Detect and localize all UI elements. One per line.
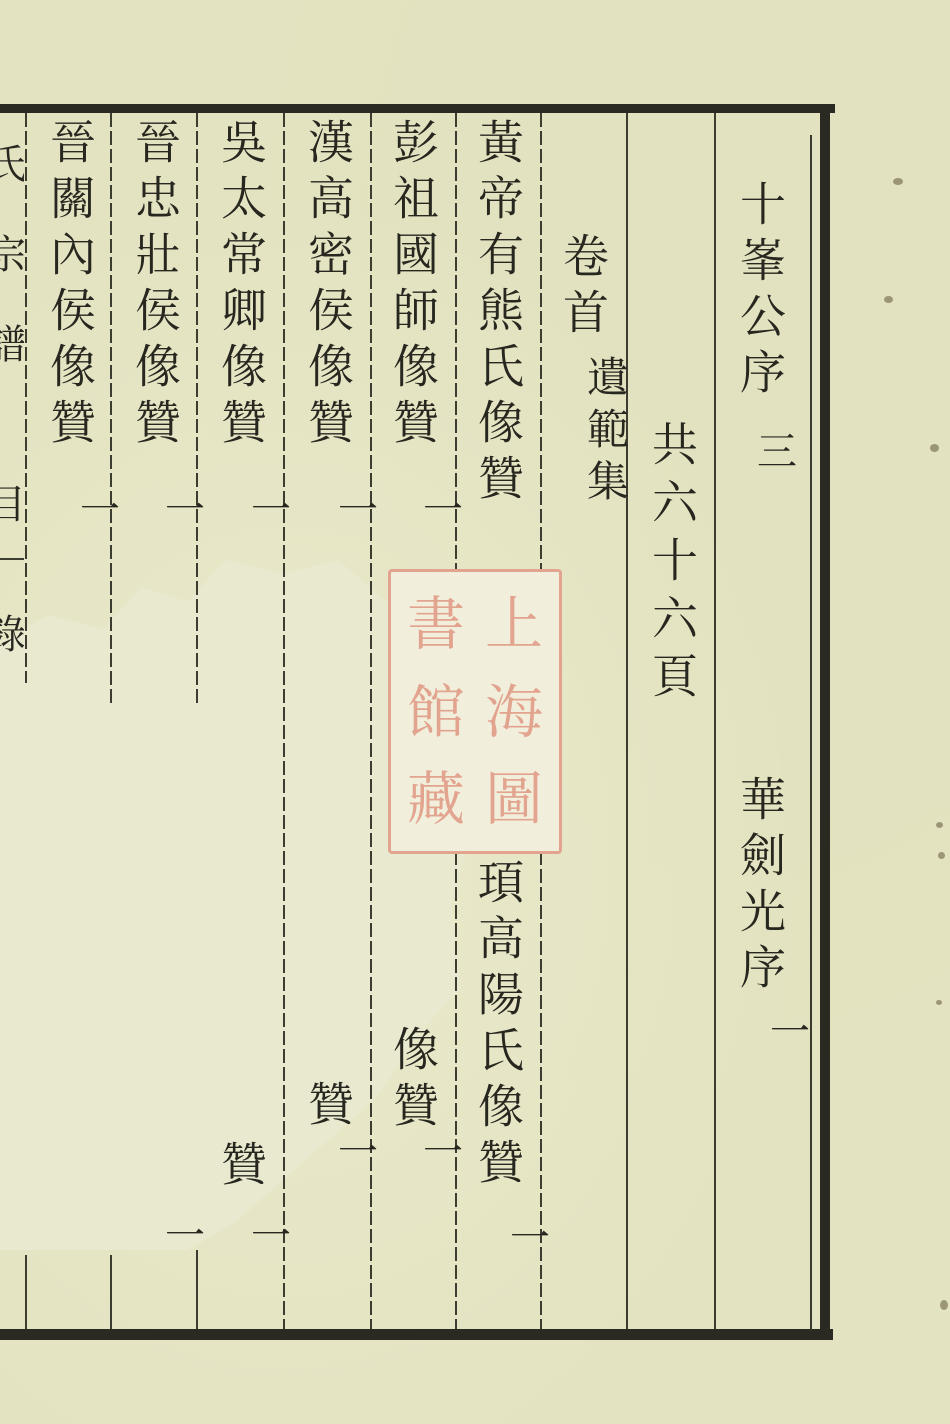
entry-title: 贊 xyxy=(298,1080,358,1126)
fold-column: 氏 宗 譜 目 錄 xyxy=(0,113,24,1329)
entry-page-number: 一 xyxy=(75,490,125,530)
toc-entry-huajianguang-preface: 華劍光序 xyxy=(730,775,790,999)
entry-page-number: 一 xyxy=(160,1216,210,1256)
fold-char: 錄 xyxy=(0,603,24,660)
entry-page-number: 一 xyxy=(333,1132,383,1172)
entry-title: 頊高陽氏像贊 xyxy=(468,858,528,1194)
toc-entry-han-gaomi: 漢高密侯像贊 xyxy=(298,118,358,454)
column-rule xyxy=(25,113,27,683)
volume-subheading: 遺範集 xyxy=(575,355,635,511)
column-rule xyxy=(626,113,628,1329)
toc-entry-col5-lower: 像贊 xyxy=(383,1025,443,1137)
seal-right-column: 上 海 圖 xyxy=(485,582,543,841)
entry-page-number: 一 xyxy=(418,490,468,530)
toc-entry-col6-lower: 贊 xyxy=(298,1080,358,1126)
seal-char: 圖 xyxy=(485,757,543,841)
seal-char: 書 xyxy=(407,582,465,666)
column-rule xyxy=(283,113,285,1329)
fold-char: 氏 xyxy=(0,133,24,190)
frame-right-inner-rule xyxy=(810,135,812,1330)
entry-title: 晉忠壯侯像贊 xyxy=(125,118,185,454)
paper-spot xyxy=(930,444,939,452)
seal-char: 上 xyxy=(485,582,543,666)
entry-title: 贊 xyxy=(211,1140,271,1186)
entry-title: 漢高密侯像贊 xyxy=(298,118,358,454)
entry-page-number: 一 xyxy=(246,1216,296,1256)
volume-subheading-text: 遺範集 xyxy=(575,355,635,511)
toc-entry-jin-zhongzhuang: 晉忠壯侯像贊 xyxy=(125,118,185,454)
entry-page-number: 一 xyxy=(505,1218,555,1258)
seal-char: 海 xyxy=(485,670,543,754)
paper-spot xyxy=(893,178,903,185)
paper-spot xyxy=(936,822,943,828)
entry-page-number: 一 xyxy=(765,1012,815,1052)
seal-char: 館 xyxy=(407,670,465,754)
entry-page-number: 一 xyxy=(418,1132,468,1172)
fold-char: 譜 xyxy=(0,313,24,370)
entry-page-number: 一 xyxy=(160,490,210,530)
seal-left-column: 書 館 藏 xyxy=(407,582,465,841)
fold-char: 宗 xyxy=(0,223,24,280)
total-pages-note: 共六十六頁 xyxy=(642,420,702,710)
entry-title: 晉關內侯像贊 xyxy=(40,118,100,454)
entry-title: 彭祖國師像贊 xyxy=(383,118,443,454)
toc-entry-pengzu: 彭祖國師像贊 xyxy=(383,118,443,454)
column-rule xyxy=(110,1255,112,1329)
entry-title: 吳太常卿像贊 xyxy=(211,118,271,454)
seal-char: 藏 xyxy=(407,757,465,841)
column-rule xyxy=(196,1250,198,1329)
toc-entry-jin-guannei: 晉關內侯像贊 xyxy=(40,118,100,454)
entry-title: 華劍光序 xyxy=(730,775,790,999)
volume-heading-text: 卷首 xyxy=(553,232,613,344)
fold-char: 目 xyxy=(0,473,24,530)
entry-page-number: 一 xyxy=(333,490,383,530)
toc-entry-wu-taichang: 吳太常卿像贊 xyxy=(211,118,271,454)
column-rule xyxy=(196,113,198,703)
entry-page-number: 一 xyxy=(246,490,296,530)
entry-title: 像贊 xyxy=(383,1025,443,1137)
column-rule xyxy=(25,1255,27,1329)
toc-entry-shifeng-preface: 十峯公序 xyxy=(730,180,790,404)
fold-fishtail-mark xyxy=(0,528,24,560)
column-rule xyxy=(714,113,716,1329)
toc-entry-huangdi: 黃帝有熊氏像贊 xyxy=(468,118,528,510)
paper-spot xyxy=(884,296,893,303)
paper-spot xyxy=(936,1000,942,1005)
toc-entry-col7-lower: 贊 xyxy=(211,1140,271,1186)
volume-heading: 卷首 xyxy=(553,232,613,344)
paper-spot xyxy=(938,852,945,859)
total-pages-text: 共六十六頁 xyxy=(642,420,702,710)
column-rule xyxy=(110,113,112,703)
entry-title: 十峯公序 xyxy=(730,180,790,404)
frame-top-border xyxy=(0,104,835,113)
entry-title: 黃帝有熊氏像贊 xyxy=(468,118,528,510)
paper-spot xyxy=(940,1300,948,1310)
frame-right-border xyxy=(820,104,830,1340)
frame-bottom-border xyxy=(0,1329,833,1340)
entry-page-number: 三 xyxy=(752,432,802,472)
toc-entry-zhuanxu: 頊高陽氏像贊 xyxy=(468,858,528,1194)
library-collection-seal: 上 海 圖 書 館 藏 xyxy=(388,569,562,854)
